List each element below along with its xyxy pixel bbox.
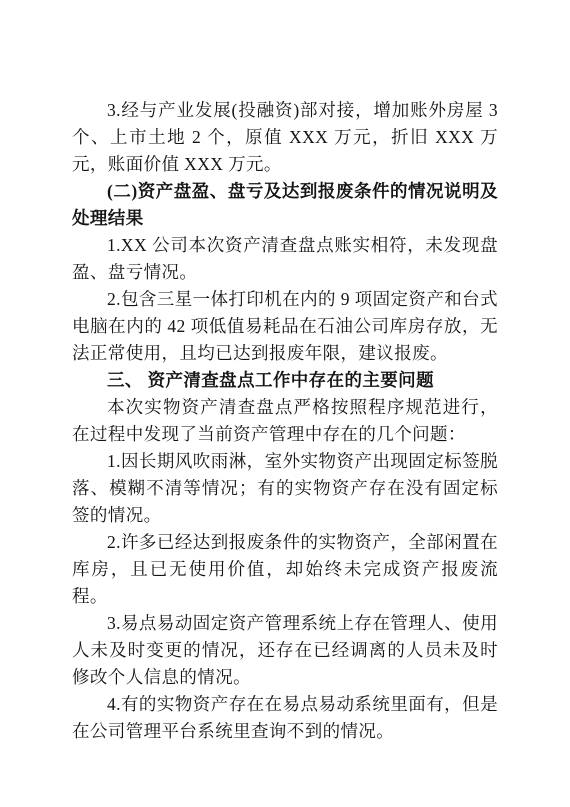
paragraph-problems-intro: 本次实物资产清查盘点严格按照程序规范进行，在过程中发现了当前资产管理中存在的几个… <box>72 394 498 448</box>
paragraph-asset-increase: 3.经与产业发展(投融资)部对接，增加账外房屋 3 个、上市土地 2 个，原值 … <box>72 97 498 178</box>
paragraph-inventory-match: 1.XX 公司本次资产清查盘点账实相符，未发现盘盈、盘亏情况。 <box>72 232 498 286</box>
paragraph-problem-system-sync: 4.有的实物资产存在在易点易动系统里面有，但是在公司管理平台系统里查询不到的情况… <box>72 691 498 745</box>
paragraph-problem-system-owners: 3.易点易动固定资产管理系统上存在管理人、使用人未及时变更的情况，还存在已经调离… <box>72 610 498 691</box>
section-heading-main-problems: 三、 资产清查盘点工作中存在的主要问题 <box>72 367 498 394</box>
paragraph-problem-scrap-process: 2.许多已经达到报废条件的实物资产，全部闲置在库房，且已无使用价值，却始终未完成… <box>72 529 498 610</box>
paragraph-scrap-items: 2.包含三星一体打印机在内的 9 项固定资产和台式电脑在内的 42 项低值易耗品… <box>72 286 498 367</box>
section-heading-surplus-deficit: (二)资产盘盈、盘亏及达到报废条件的情况说明及处理结果 <box>72 178 498 232</box>
document-page: 3.经与产业发展(投融资)部对接，增加账外房屋 3 个、上市土地 2 个，原值 … <box>0 0 570 807</box>
paragraph-problem-labels: 1.因长期风吹雨淋，室外实物资产出现固定标签脱落、模糊不清等情况；有的实物资产存… <box>72 448 498 529</box>
